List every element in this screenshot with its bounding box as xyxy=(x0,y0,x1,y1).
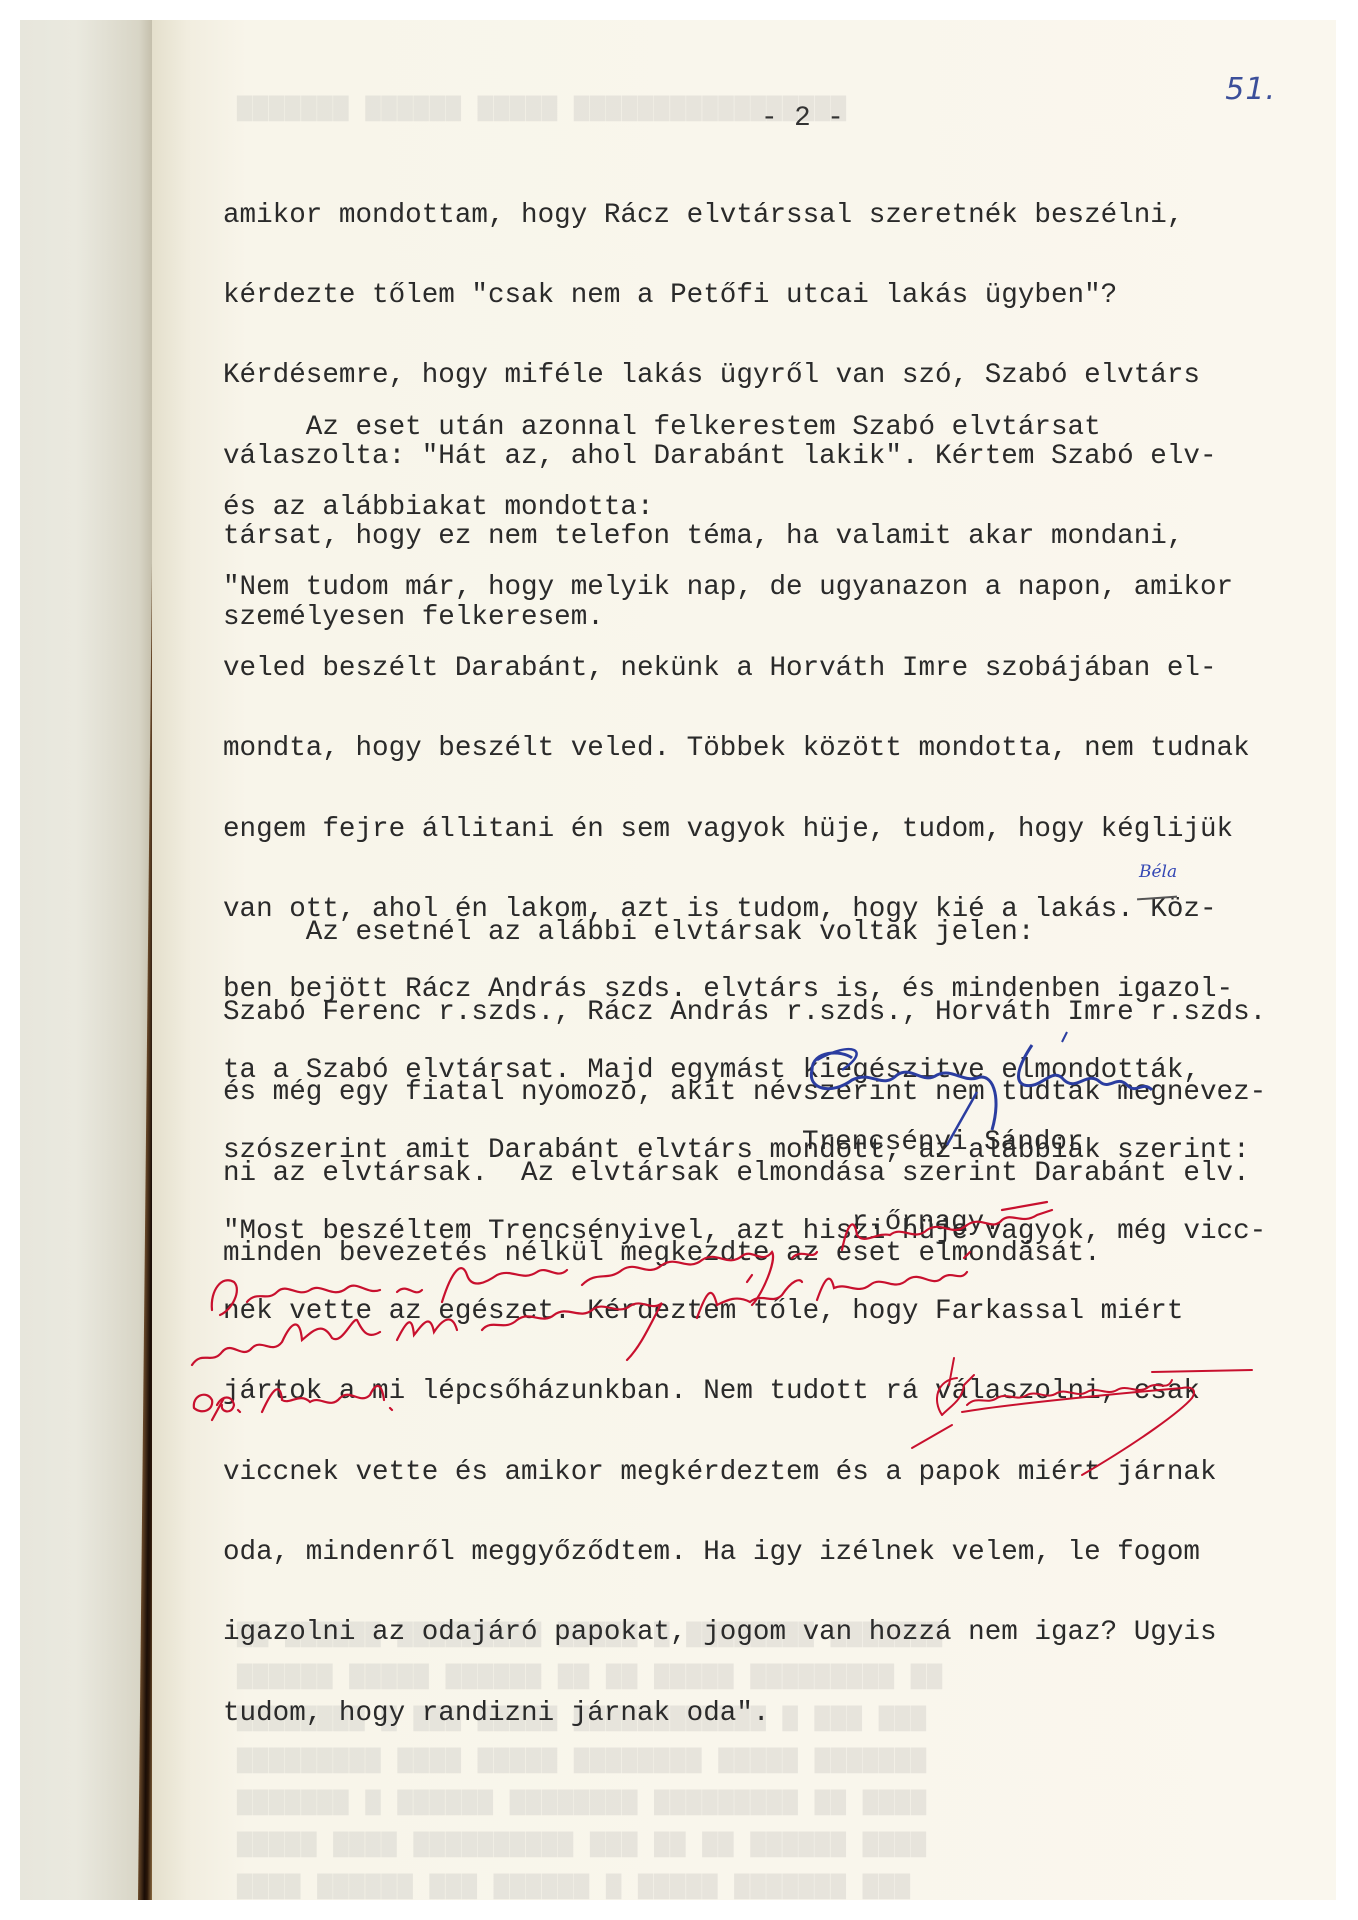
red-annotation-strokes xyxy=(152,20,1336,1900)
facing-page-edge xyxy=(20,20,160,1900)
document-page: ▇▇▇▇▇▇▇ ▇▇▇▇▇▇ ▇▇▇▇▇ ▇▇▇▇▇▇▇▇▇▇▇▇▇▇▇▇▇ ▇… xyxy=(152,20,1336,1900)
